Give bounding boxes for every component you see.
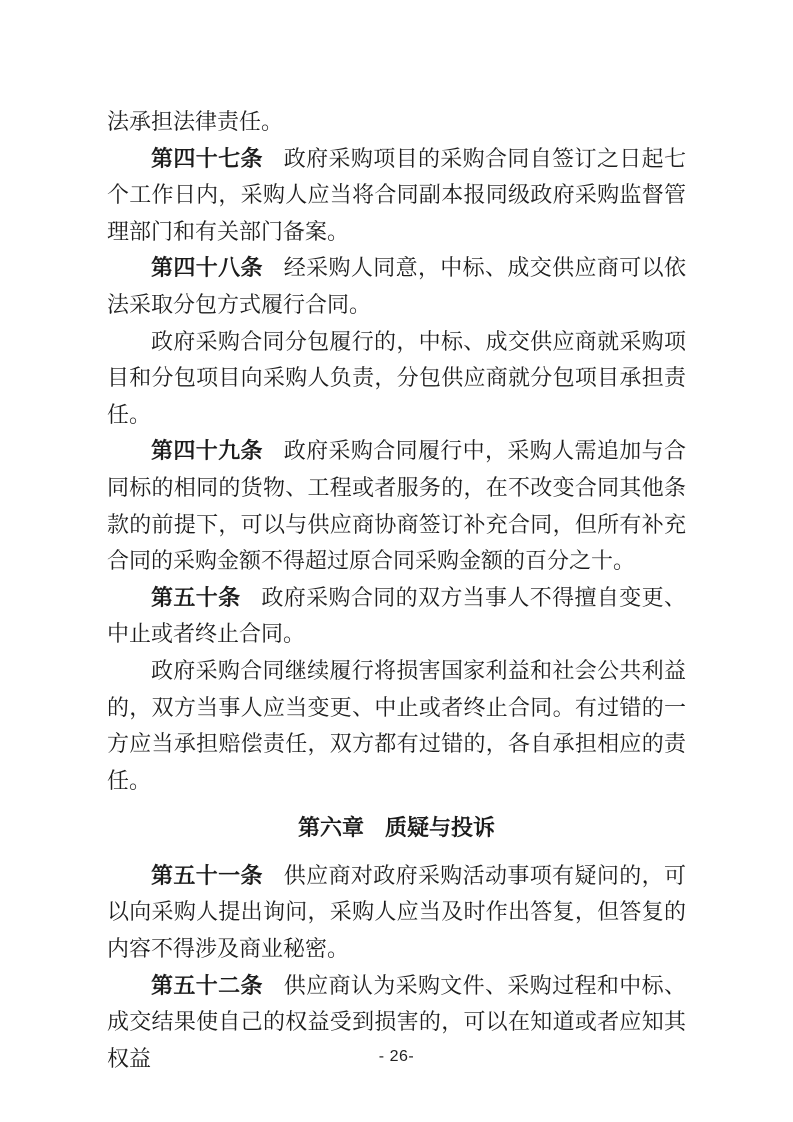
article-paragraph-48: 第四十八条经采购人同意，中标、成交供应商可以依法采取分包方式履行合同。 [107, 250, 686, 323]
paragraph-text: 法承担法律责任。 [107, 109, 283, 134]
page-number: - 26- [0, 1048, 793, 1066]
chapter-number: 第六章 [298, 815, 364, 840]
article-number: 第五十一条 [151, 863, 263, 888]
article-number: 第四十七条 [151, 146, 263, 171]
paragraph-text: 政府采购合同继续履行将损害国家利益和社会公共利益的，双方当事人应当变更、中止或者… [107, 658, 686, 793]
document-body: 法承担法律责任。 第四十七条政府采购项目的采购合同自签订之日起七个工作日内，采购… [107, 104, 686, 1077]
article-paragraph-51: 第五十一条供应商对政府采购活动事项有疑问的，可以向采购人提出询问，采购人应当及时… [107, 858, 686, 968]
article-number: 第四十八条 [151, 255, 263, 280]
paragraph: 政府采购合同分包履行的，中标、成交供应商就采购项目和分包项目向采购人负责，分包供… [107, 324, 686, 434]
document-page: 法承担法律责任。 第四十七条政府采购项目的采购合同自签订之日起七个工作日内，采购… [0, 0, 793, 1122]
chapter-heading: 第六章质疑与投诉 [107, 810, 686, 847]
article-number: 第五十二条 [151, 973, 263, 998]
paragraph-text: 政府采购合同分包履行的，中标、成交供应商就采购项目和分包项目向采购人负责，分包供… [107, 329, 686, 427]
article-paragraph-49: 第四十九条政府采购合同履行中，采购人需追加与合同标的相同的货物、工程或者服务的，… [107, 433, 686, 579]
article-paragraph-47: 第四十七条政府采购项目的采购合同自签订之日起七个工作日内，采购人应当将合同副本报… [107, 141, 686, 251]
article-number: 第五十条 [151, 585, 240, 610]
article-paragraph-50: 第五十条政府采购合同的双方当事人不得擅自变更、中止或者终止合同。 [107, 580, 686, 653]
chapter-title: 质疑与投诉 [385, 815, 495, 840]
paragraph: 政府采购合同继续履行将损害国家利益和社会公共利益的，双方当事人应当变更、中止或者… [107, 653, 686, 799]
paragraph-continuation: 法承担法律责任。 [107, 104, 686, 141]
article-number: 第四十九条 [151, 438, 263, 463]
